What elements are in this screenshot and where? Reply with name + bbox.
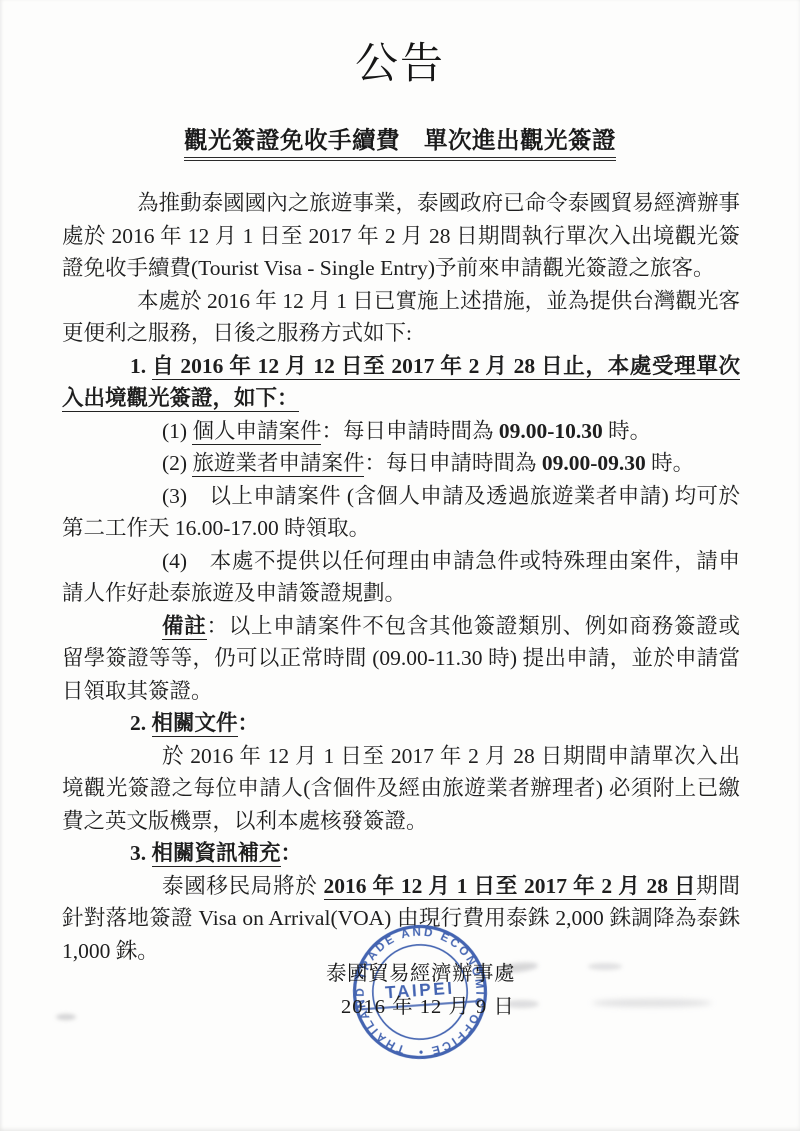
text-segment: ：每日申請時間為 [321, 419, 498, 443]
text-segment: 1. [130, 354, 152, 378]
scan-artifact [56, 1014, 76, 1020]
signature-date: 2016 年 12 月 9 日 [341, 989, 515, 1019]
paragraph: 備註：以上申請案件不包含其他簽證類別、例如商務簽證或留學簽證等等，仍可以正常時間… [62, 610, 740, 708]
text-segment: (3) 以上申請案件 (含個人申請及透過旅遊業者申請) 均可於第二工作天 16.… [62, 484, 740, 541]
text-segment: (2) [162, 451, 192, 475]
page-title: 公告 [0, 30, 800, 91]
text-segment: ： [281, 841, 303, 865]
text-segment: 本處於 2016 年 12 月 1 日已實施上述措施，並為提供台灣觀光客更便利之… [62, 289, 740, 346]
paragraph: 3. 相關資訊補充： [62, 837, 740, 870]
paragraph: 2. 相關文件： [62, 707, 740, 740]
scan-artifact [592, 999, 712, 1007]
text-segment: 09.00-10.30 [499, 419, 603, 443]
text-segment: (1) [162, 419, 192, 443]
scan-artifact [588, 963, 622, 970]
text-segment: 備註 [162, 614, 207, 640]
text-segment: 自 2016 年 12 月 12 日至 2017 年 2 月 28 日止，本處受… [62, 354, 740, 413]
text-segment: ：每日申請時間為 [364, 451, 541, 475]
signature-office: 泰國貿易經濟辦事處 [326, 956, 515, 986]
paragraph: (2) 旅遊業者申請案件：每日申請時間為 09.00-09.30 時。 [62, 447, 740, 480]
text-segment: 時。 [603, 419, 651, 443]
paragraph: 於 2016 年 12 月 1 日至 2017 年 2 月 28 日期間申請單次… [62, 740, 740, 838]
paragraph: (1) 個人申請案件：每日申請時間為 09.00-10.30 時。 [62, 415, 740, 448]
text-segment: 旅遊業者申請案件 [192, 451, 364, 477]
paragraph: (3) 以上申請案件 (含個人申請及透過旅遊業者申請) 均可於第二工作天 16.… [62, 480, 740, 545]
text-segment: 2016 年 12 月 1 日至 2017 年 2 月 28 日 [324, 874, 697, 900]
text-segment: 09.00-09.30 [542, 451, 646, 475]
document-page: 公告 觀光簽證免收手續費 單次進出觀光簽證 為推動泰國國內之旅遊事業，泰國政府已… [0, 0, 800, 1131]
text-segment: 時。 [646, 451, 694, 475]
paragraph: 本處於 2016 年 12 月 1 日已實施上述措施，並為提供台灣觀光客更便利之… [62, 285, 740, 350]
text-segment: 個人申請案件 [192, 419, 321, 445]
text-segment: 相關資訊補充 [152, 841, 281, 867]
document-subtitle-row: 觀光簽證免收手續費 單次進出觀光簽證 [0, 121, 800, 161]
text-segment: 相關文件 [152, 711, 238, 737]
text-segment: 於 2016 年 12 月 1 日至 2017 年 2 月 28 日期間申請單次… [62, 744, 740, 833]
text-segment: (4) 本處不提供以任何理由申請急件或特殊理由案件，請申請人作好赴泰旅遊及申請簽… [62, 549, 740, 606]
text-segment: 3. [130, 841, 152, 865]
paragraph: (4) 本處不提供以任何理由申請急件或特殊理由案件，請申請人作好赴泰旅遊及申請簽… [62, 545, 740, 610]
text-segment: 泰國移民局將於 [162, 874, 324, 898]
text-segment: 為推動泰國國內之旅遊事業，泰國政府已命令泰國貿易經濟辦事處於 2016 年 12… [62, 191, 740, 280]
paragraph: 為推動泰國國內之旅遊事業，泰國政府已命令泰國貿易經濟辦事處於 2016 年 12… [62, 187, 740, 285]
document-subtitle: 觀光簽證免收手續費 單次進出觀光簽證 [184, 121, 616, 161]
text-segment: ： [238, 711, 260, 735]
text-segment: 2. [130, 711, 152, 735]
paragraph: 1. 自 2016 年 12 月 12 日至 2017 年 2 月 28 日止，… [62, 350, 740, 415]
document-body: 為推動泰國國內之旅遊事業，泰國政府已命令泰國貿易經濟辦事處於 2016 年 12… [62, 187, 740, 967]
